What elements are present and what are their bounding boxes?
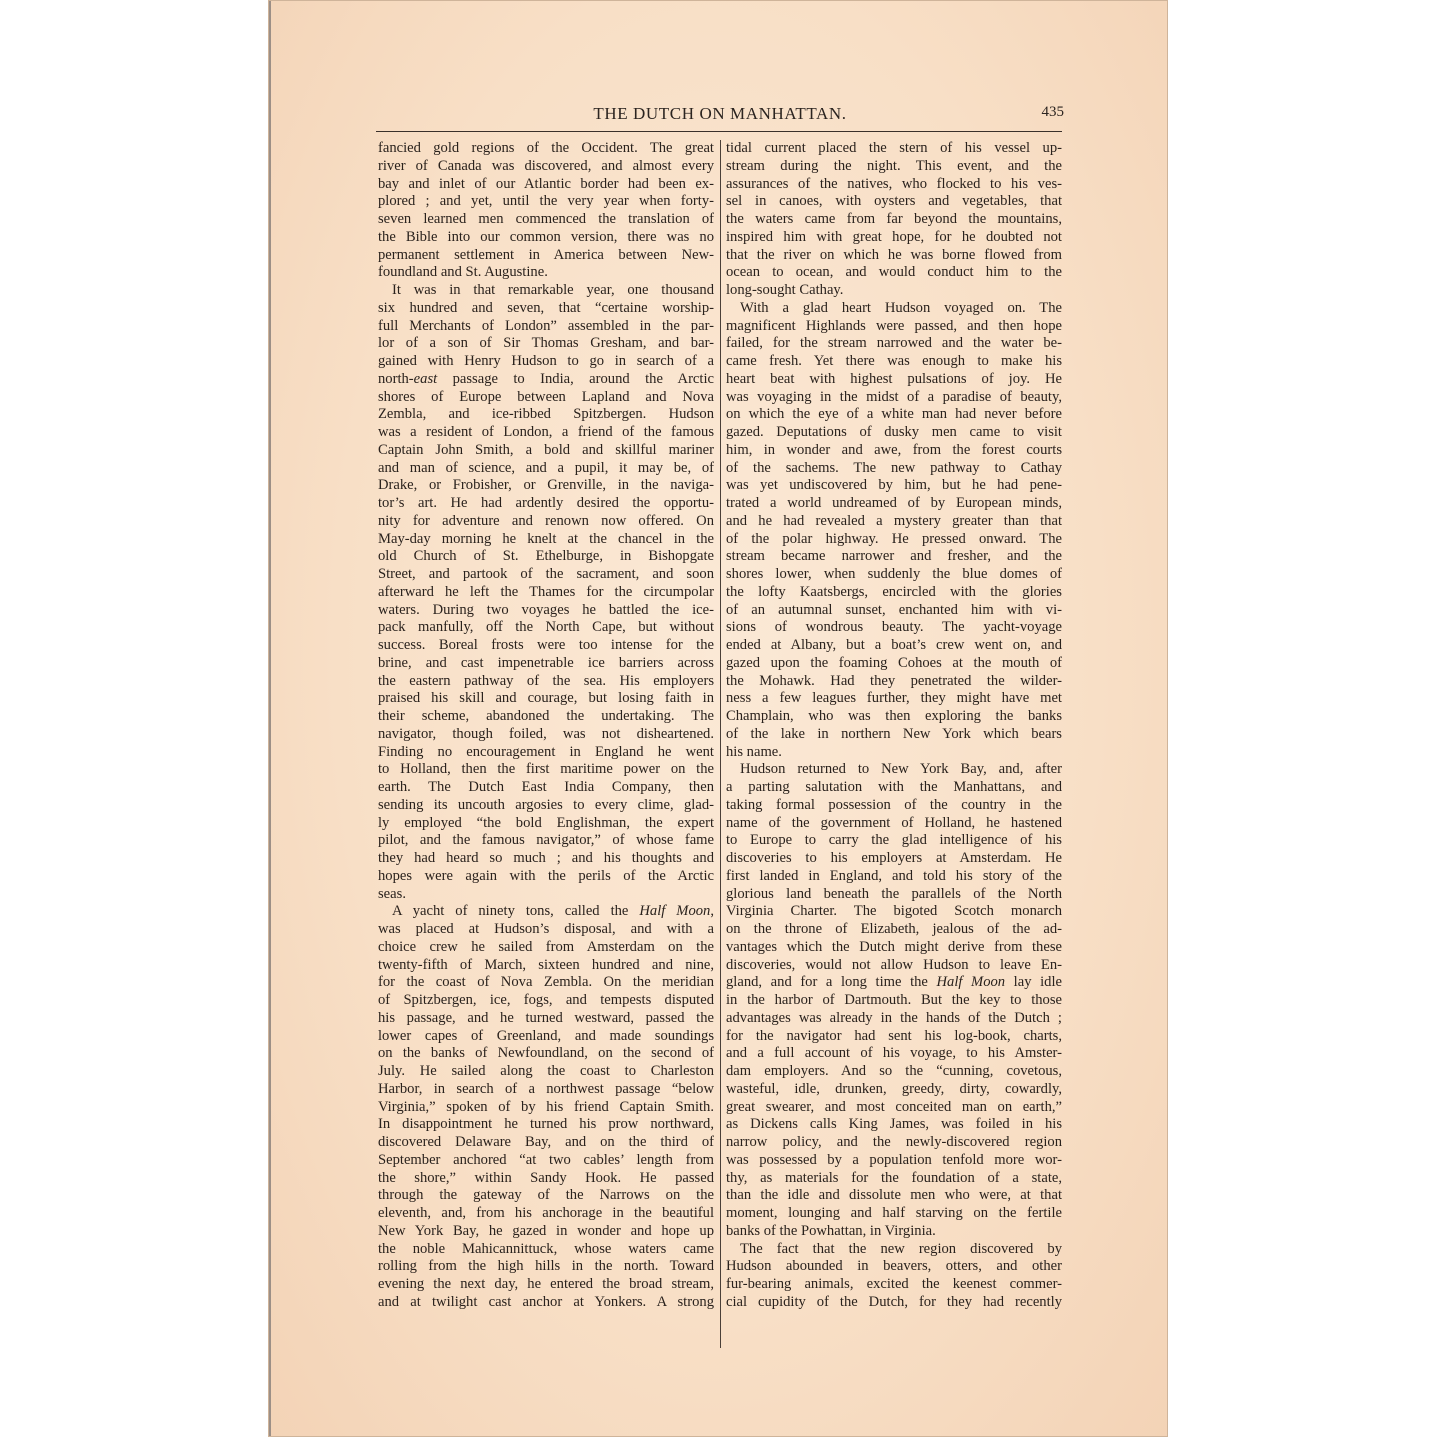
text-line: full Merchants of London” assembled in t… xyxy=(378,318,714,336)
text-line: vantages which the Dutch might derive fr… xyxy=(726,939,1062,957)
text-line: of the lake in northern New York which b… xyxy=(726,726,1062,744)
text-line: thy, as materials for the foundation of … xyxy=(726,1170,1062,1188)
text-line: tidal current placed the stern of his ve… xyxy=(726,140,1062,158)
right-column: tidal current placed the stern of his ve… xyxy=(726,140,1062,1312)
running-title: THE DUTCH ON MANHATTAN. xyxy=(378,104,1062,124)
paragraph: fancied gold regions of the Occident. Th… xyxy=(378,140,714,282)
text-line: on the banks of Newfoundland, on the sec… xyxy=(378,1045,714,1063)
left-column: fancied gold regions of the Occident. Th… xyxy=(378,140,714,1312)
text-line: Zembla, and ice-ribbed Spitzbergen. Huds… xyxy=(378,406,714,424)
text-line: and he had revealed a mystery greater th… xyxy=(726,513,1062,531)
text-line: to Europe to carry the glad intelligence… xyxy=(726,832,1062,850)
text-line: Virginia,” spoken of by his friend Capta… xyxy=(378,1099,714,1117)
text-line: gained with Henry Hudson to go in search… xyxy=(378,353,714,371)
text-line: failed, for the stream narrowed and the … xyxy=(726,335,1062,353)
text-line: his passage, and he turned westward, pas… xyxy=(378,1010,714,1028)
text-line: stream became narrower and fresher, and … xyxy=(726,548,1062,566)
text-line: the shore,” within Sandy Hook. He passed xyxy=(378,1170,714,1188)
text-line: the waters came from far beyond the moun… xyxy=(726,211,1062,229)
book-page: THE DUTCH ON MANHATTAN. 435 fancied gold… xyxy=(268,0,1168,1437)
header-rule xyxy=(376,131,1062,132)
text-line: seven learned men commenced the translat… xyxy=(378,211,714,229)
text-line: first landed in England, and told his st… xyxy=(726,868,1062,886)
text-line: sending its uncouth argosies to every cl… xyxy=(378,797,714,815)
text-line: Harbor, in search of a northwest passage… xyxy=(378,1081,714,1099)
text-line: bay and inlet of our Atlantic border had… xyxy=(378,176,714,194)
text-line: September anchored “at two cables’ lengt… xyxy=(378,1152,714,1170)
text-line: on the throne of Elizabeth, jealous of t… xyxy=(726,921,1062,939)
text-line: of the sachems. The new pathway to Catha… xyxy=(726,460,1062,478)
text-line: glorious land beneath the parallels of t… xyxy=(726,886,1062,904)
text-line: and a full account of his voyage, to his… xyxy=(726,1045,1062,1063)
text-line: Hudson returned to New York Bay, and, af… xyxy=(726,761,1062,779)
text-line: the eastern pathway of the sea. His empl… xyxy=(378,673,714,691)
text-line: foundland and St. Augustine. xyxy=(378,264,714,282)
text-line: sions of wondrous beauty. The yacht-voya… xyxy=(726,619,1062,637)
text-line: discovered Delaware Bay, and on the thir… xyxy=(378,1134,714,1152)
text-line: cial cupidity of the Dutch, for they had… xyxy=(726,1294,1062,1312)
text-line: Finding no encouragement in England he w… xyxy=(378,744,714,762)
text-line: the Mohawk. Had they penetrated the wild… xyxy=(726,673,1062,691)
text-line: twenty-fifth of March, sixteen hundred a… xyxy=(378,957,714,975)
text-line: hopes were again with the perils of the … xyxy=(378,868,714,886)
text-line: of an autumnal sunset, enchanted him wit… xyxy=(726,602,1062,620)
text-line: the Bible into our common version, there… xyxy=(378,229,714,247)
text-line: New York Bay, he gazed in wonder and hop… xyxy=(378,1223,714,1241)
text-line: earth. The Dutch East India Company, the… xyxy=(378,779,714,797)
text-line: advantages was already in the hands of t… xyxy=(726,1010,1062,1028)
text-line: lor of a son of Sir Thomas Gresham, and … xyxy=(378,335,714,353)
text-line: fancied gold regions of the Occident. Th… xyxy=(378,140,714,158)
text-line: nity for adventure and renown now offere… xyxy=(378,513,714,531)
paragraph: A yacht of ninety tons, called the Half … xyxy=(378,903,714,1311)
text-line: they had heard so much ; and his thought… xyxy=(378,850,714,868)
text-line: shores lower, when suddenly the blue dom… xyxy=(726,566,1062,584)
text-line: that the river on which he was borne flo… xyxy=(726,247,1062,265)
text-line: rolling from the high hills in the north… xyxy=(378,1258,714,1276)
text-line: long-sought Cathay. xyxy=(726,282,1062,300)
page-number: 435 xyxy=(1042,104,1065,121)
text-line: eleventh, and, from his anchorage in the… xyxy=(378,1205,714,1223)
text-line: six hundred and seven, that “certaine wo… xyxy=(378,300,714,318)
text-line: navigator, though foiled, was not dishea… xyxy=(378,726,714,744)
text-line: success. Boreal frosts were too intense … xyxy=(378,637,714,655)
text-line: With a glad heart Hudson voyaged on. The xyxy=(726,300,1062,318)
text-line: to Holland, then the first maritime powe… xyxy=(378,761,714,779)
text-line: discoveries, would not allow Hudson to l… xyxy=(726,957,1062,975)
text-line: moment, lounging and half starving on th… xyxy=(726,1205,1062,1223)
running-head: THE DUTCH ON MANHATTAN. 435 xyxy=(378,104,1062,126)
text-line: permanent settlement in America between … xyxy=(378,247,714,265)
text-line: and man of science, and a pupil, it may … xyxy=(378,460,714,478)
text-line: inspired him with great hope, for he dou… xyxy=(726,229,1062,247)
text-line: lower capes of Greenland, and made sound… xyxy=(378,1028,714,1046)
text-line: the noble Mahicannittuck, whose waters c… xyxy=(378,1241,714,1259)
text-line: waters. During two voyages he battled th… xyxy=(378,602,714,620)
text-line: Champlain, who was then exploring the ba… xyxy=(726,708,1062,726)
text-line: his name. xyxy=(726,744,1062,762)
text-line: their scheme, abandoned the undertaking.… xyxy=(378,708,714,726)
text-line: as Dickens calls King James, was foiled … xyxy=(726,1116,1062,1134)
text-line: old Church of St. Ethelburge, in Bishopg… xyxy=(378,548,714,566)
text-line: Street, and partook of the sacrament, an… xyxy=(378,566,714,584)
text-line: A yacht of ninety tons, called the Half … xyxy=(378,903,714,921)
paragraph: Hudson returned to New York Bay, and, af… xyxy=(726,761,1062,1240)
text-line: banks of the Powhattan, in Virginia. xyxy=(726,1223,1062,1241)
text-line: was placed at Hudson’s disposal, and wit… xyxy=(378,921,714,939)
text-line: came fresh. Yet there was enough to make… xyxy=(726,353,1062,371)
text-line: The fact that the new region discovered … xyxy=(726,1241,1062,1259)
text-line: great swearer, and most conceited man on… xyxy=(726,1099,1062,1117)
text-line: July. He sailed along the coast to Charl… xyxy=(378,1063,714,1081)
text-line: Captain John Smith, a bold and skillful … xyxy=(378,442,714,460)
text-line: was a resident of London, a friend of th… xyxy=(378,424,714,442)
paragraph: With a glad heart Hudson voyaged on. The… xyxy=(726,300,1062,762)
text-line: than the idle and dissolute men who were… xyxy=(726,1187,1062,1205)
text-line: May-day morning he knelt at the chancel … xyxy=(378,531,714,549)
text-line: gazed upon the foaming Cohoes at the mou… xyxy=(726,655,1062,673)
text-line: taking formal possession of the country … xyxy=(726,797,1062,815)
text-line: discoveries to his employers at Amsterda… xyxy=(726,850,1062,868)
paragraph: It was in that remarkable year, one thou… xyxy=(378,282,714,903)
text-line: was voyaging in the midst of a paradise … xyxy=(726,389,1062,407)
text-line: magnificent Highlands were passed, and t… xyxy=(726,318,1062,336)
text-line: north-east passage to India, around the … xyxy=(378,371,714,389)
text-line: ended at Albany, but a boat’s crew went … xyxy=(726,637,1062,655)
text-line: a parting salutation with the Manhattans… xyxy=(726,779,1062,797)
text-line: brine, and cast impenetrable ice barrier… xyxy=(378,655,714,673)
text-line: wasteful, idle, drunken, greedy, dirty, … xyxy=(726,1081,1062,1099)
text-line: afterward he left the Thames for the cir… xyxy=(378,584,714,602)
text-line: was possessed by a population tenfold mo… xyxy=(726,1152,1062,1170)
text-line: gazed. Deputations of dusky men came to … xyxy=(726,424,1062,442)
text-line: shores of Europe between Lapland and Nov… xyxy=(378,389,714,407)
text-line: was yet undiscovered by him, but he had … xyxy=(726,477,1062,495)
text-line: choice crew he sailed from Amsterdam on … xyxy=(378,939,714,957)
text-line: trated a world undreamed of by European … xyxy=(726,495,1062,513)
text-line: narrow policy, and the newly-discovered … xyxy=(726,1134,1062,1152)
text-line: seas. xyxy=(378,886,714,904)
text-line: fur-bearing animals, excited the keenest… xyxy=(726,1276,1062,1294)
text-line: ocean to ocean, and would conduct him to… xyxy=(726,264,1062,282)
text-line: praised his skill and courage, but losin… xyxy=(378,690,714,708)
text-line: river of Canada was discovered, and almo… xyxy=(378,158,714,176)
text-line: gland, and for a long time the Half Moon… xyxy=(726,974,1062,992)
text-line: tor’s art. He had ardently desired the o… xyxy=(378,495,714,513)
text-line: pack manfully, off the North Cape, but w… xyxy=(378,619,714,637)
text-line: Hudson abounded in beavers, otters, and … xyxy=(726,1258,1062,1276)
text-line: ness a few leagues further, they might h… xyxy=(726,690,1062,708)
text-line: for the coast of Nova Zembla. On the mer… xyxy=(378,974,714,992)
text-line: It was in that remarkable year, one thou… xyxy=(378,282,714,300)
text-line: him, in wonder and awe, from the forest … xyxy=(726,442,1062,460)
paragraph: The fact that the new region discovered … xyxy=(726,1241,1062,1312)
paragraph: tidal current placed the stern of his ve… xyxy=(726,140,1062,300)
text-line: ly employed “the bold Englishman, the ex… xyxy=(378,815,714,833)
text-line: Virginia Charter. The bigoted Scotch mon… xyxy=(726,903,1062,921)
text-line: the lofty Kaatsbergs, encircled with the… xyxy=(726,584,1062,602)
text-line: plored ; and yet, until the very year wh… xyxy=(378,193,714,211)
text-line: dam employers. And so the “cunning, cove… xyxy=(726,1063,1062,1081)
text-line: in the harbor of Dartmouth. But the key … xyxy=(726,992,1062,1010)
text-line: of Spitzbergen, ice, fogs, and tempests … xyxy=(378,992,714,1010)
text-line: on which the eye of a white man had neve… xyxy=(726,406,1062,424)
text-line: pilot, and the famous navigator,” of who… xyxy=(378,832,714,850)
text-line: heart beat with highest pulsations of jo… xyxy=(726,371,1062,389)
text-line: sel in canoes, with oysters and vegetabl… xyxy=(726,193,1062,211)
text-line: evening the next day, he entered the bro… xyxy=(378,1276,714,1294)
text-line: name of the government of Holland, he ha… xyxy=(726,815,1062,833)
text-line: In disappointment he turned his prow nor… xyxy=(378,1116,714,1134)
text-line: and at twilight cast anchor at Yonkers. … xyxy=(378,1294,714,1312)
text-line: assurances of the natives, who flocked t… xyxy=(726,176,1062,194)
text-line: stream during the night. This event, and… xyxy=(726,158,1062,176)
text-line: through the gateway of the Narrows on th… xyxy=(378,1187,714,1205)
column-divider xyxy=(720,140,721,1348)
text-line: of the polar highway. He pressed onward.… xyxy=(726,531,1062,549)
text-line: for the navigator had sent his log-book,… xyxy=(726,1028,1062,1046)
text-line: Drake, or Frobisher, or Grenville, in th… xyxy=(378,477,714,495)
